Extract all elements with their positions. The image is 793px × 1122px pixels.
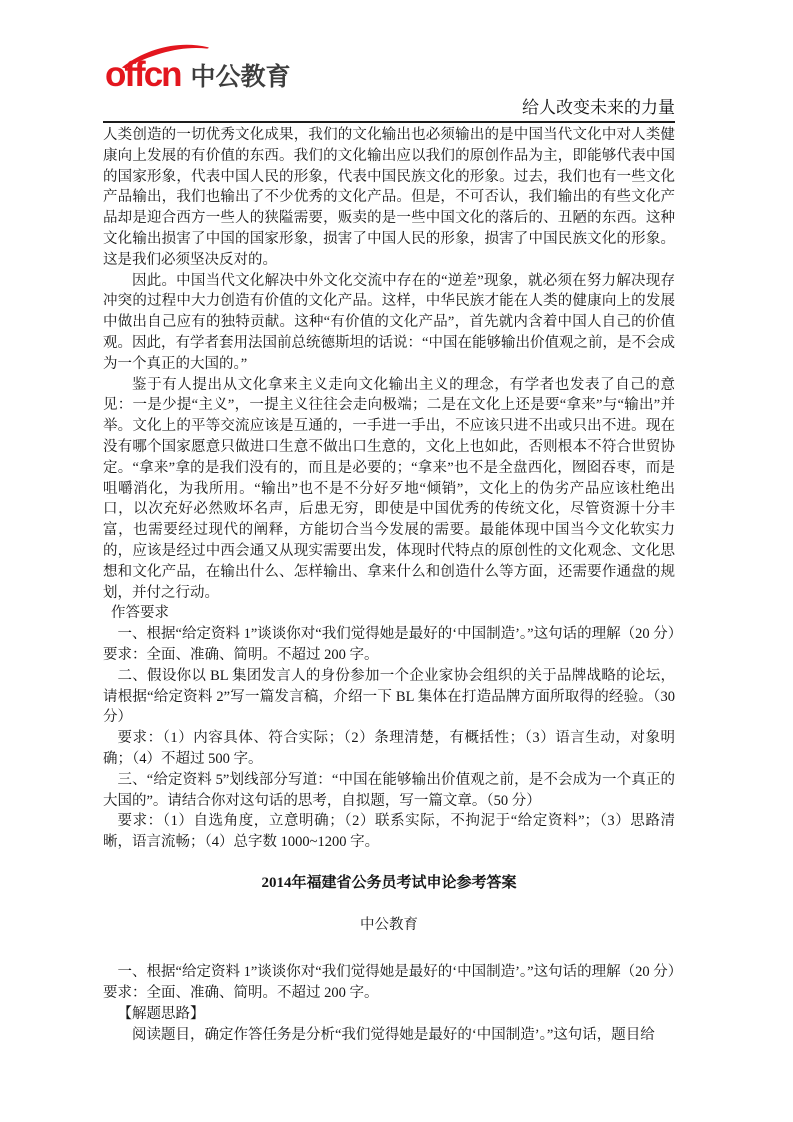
solution-approach-text: 阅读题目，确定作答任务是分析“我们觉得她是最好的‘中国制造’。”这句话，题目给 xyxy=(103,1025,675,1046)
brand-row: offcn 中公教育 给人改变未来的力量 xyxy=(103,56,675,118)
document-page: offcn 中公教育 给人改变未来的力量 人类创造的一切优秀文化成果，我们的文化… xyxy=(0,0,793,1122)
offcn-logo: offcn 中公教育 xyxy=(105,56,291,94)
offcn-swoosh-icon xyxy=(121,43,209,69)
document-body: 人类创造的一切优秀文化成果，我们的文化输出也必须输出的是中国当代文化中对人类健康… xyxy=(103,123,675,1046)
material-paragraph-1: 人类创造的一切优秀文化成果，我们的文化输出也必须输出的是中国当代文化中对人类健康… xyxy=(103,125,675,271)
question-3: 三、“给定资料 5”划线部分写道：“中国在能够输出价值观之前，是不会成为一个真正… xyxy=(103,770,675,812)
material-paragraph-3: 鉴于有人提出从文化拿来主义走向文化输出主义的理念，有学者也发表了自己的意见：一是… xyxy=(103,375,675,604)
material-paragraph-2: 因此。中国当代文化解决中外文化交流中存在的“逆差”现象，就必须在努力解决现存冲突… xyxy=(103,271,675,375)
question-3-requirements: 要求：（1）自选角度，立意明确；（2）联系实际，不拘泥于“给定资料”；（3）思路… xyxy=(103,811,675,853)
answer-key-title: 2014年福建省公务员考试申论参考答案 xyxy=(103,873,675,894)
brand-slogan: 给人改变未来的力量 xyxy=(522,98,675,118)
answer-requirements-heading: 作答要求 xyxy=(103,603,675,624)
question-2: 二、假设你以 BL 集团发言人的身份参加一个企业家协会组织的关于品牌战略的论坛，… xyxy=(103,666,675,728)
question-2-requirements: 要求：（1）内容具体、符合实际；（2）条理清楚，有概括性；（3）语言生动，对象明… xyxy=(103,728,675,770)
question-1: 一、根据“给定资料 1”谈谈你对“我们觉得她是最好的‘中国制造’。”这句话的理解… xyxy=(103,624,675,666)
offcn-logo-wordmark: offcn xyxy=(105,56,181,94)
answer-question-1-restatement: 一、根据“给定资料 1”谈谈你对“我们觉得她是最好的‘中国制造’。”这句话的理解… xyxy=(103,962,675,1004)
answer-key-subtitle: 中公教育 xyxy=(103,915,675,936)
page-header: offcn 中公教育 给人改变未来的力量 xyxy=(103,56,675,123)
solution-approach-heading: 【解题思路】 xyxy=(103,1004,675,1025)
